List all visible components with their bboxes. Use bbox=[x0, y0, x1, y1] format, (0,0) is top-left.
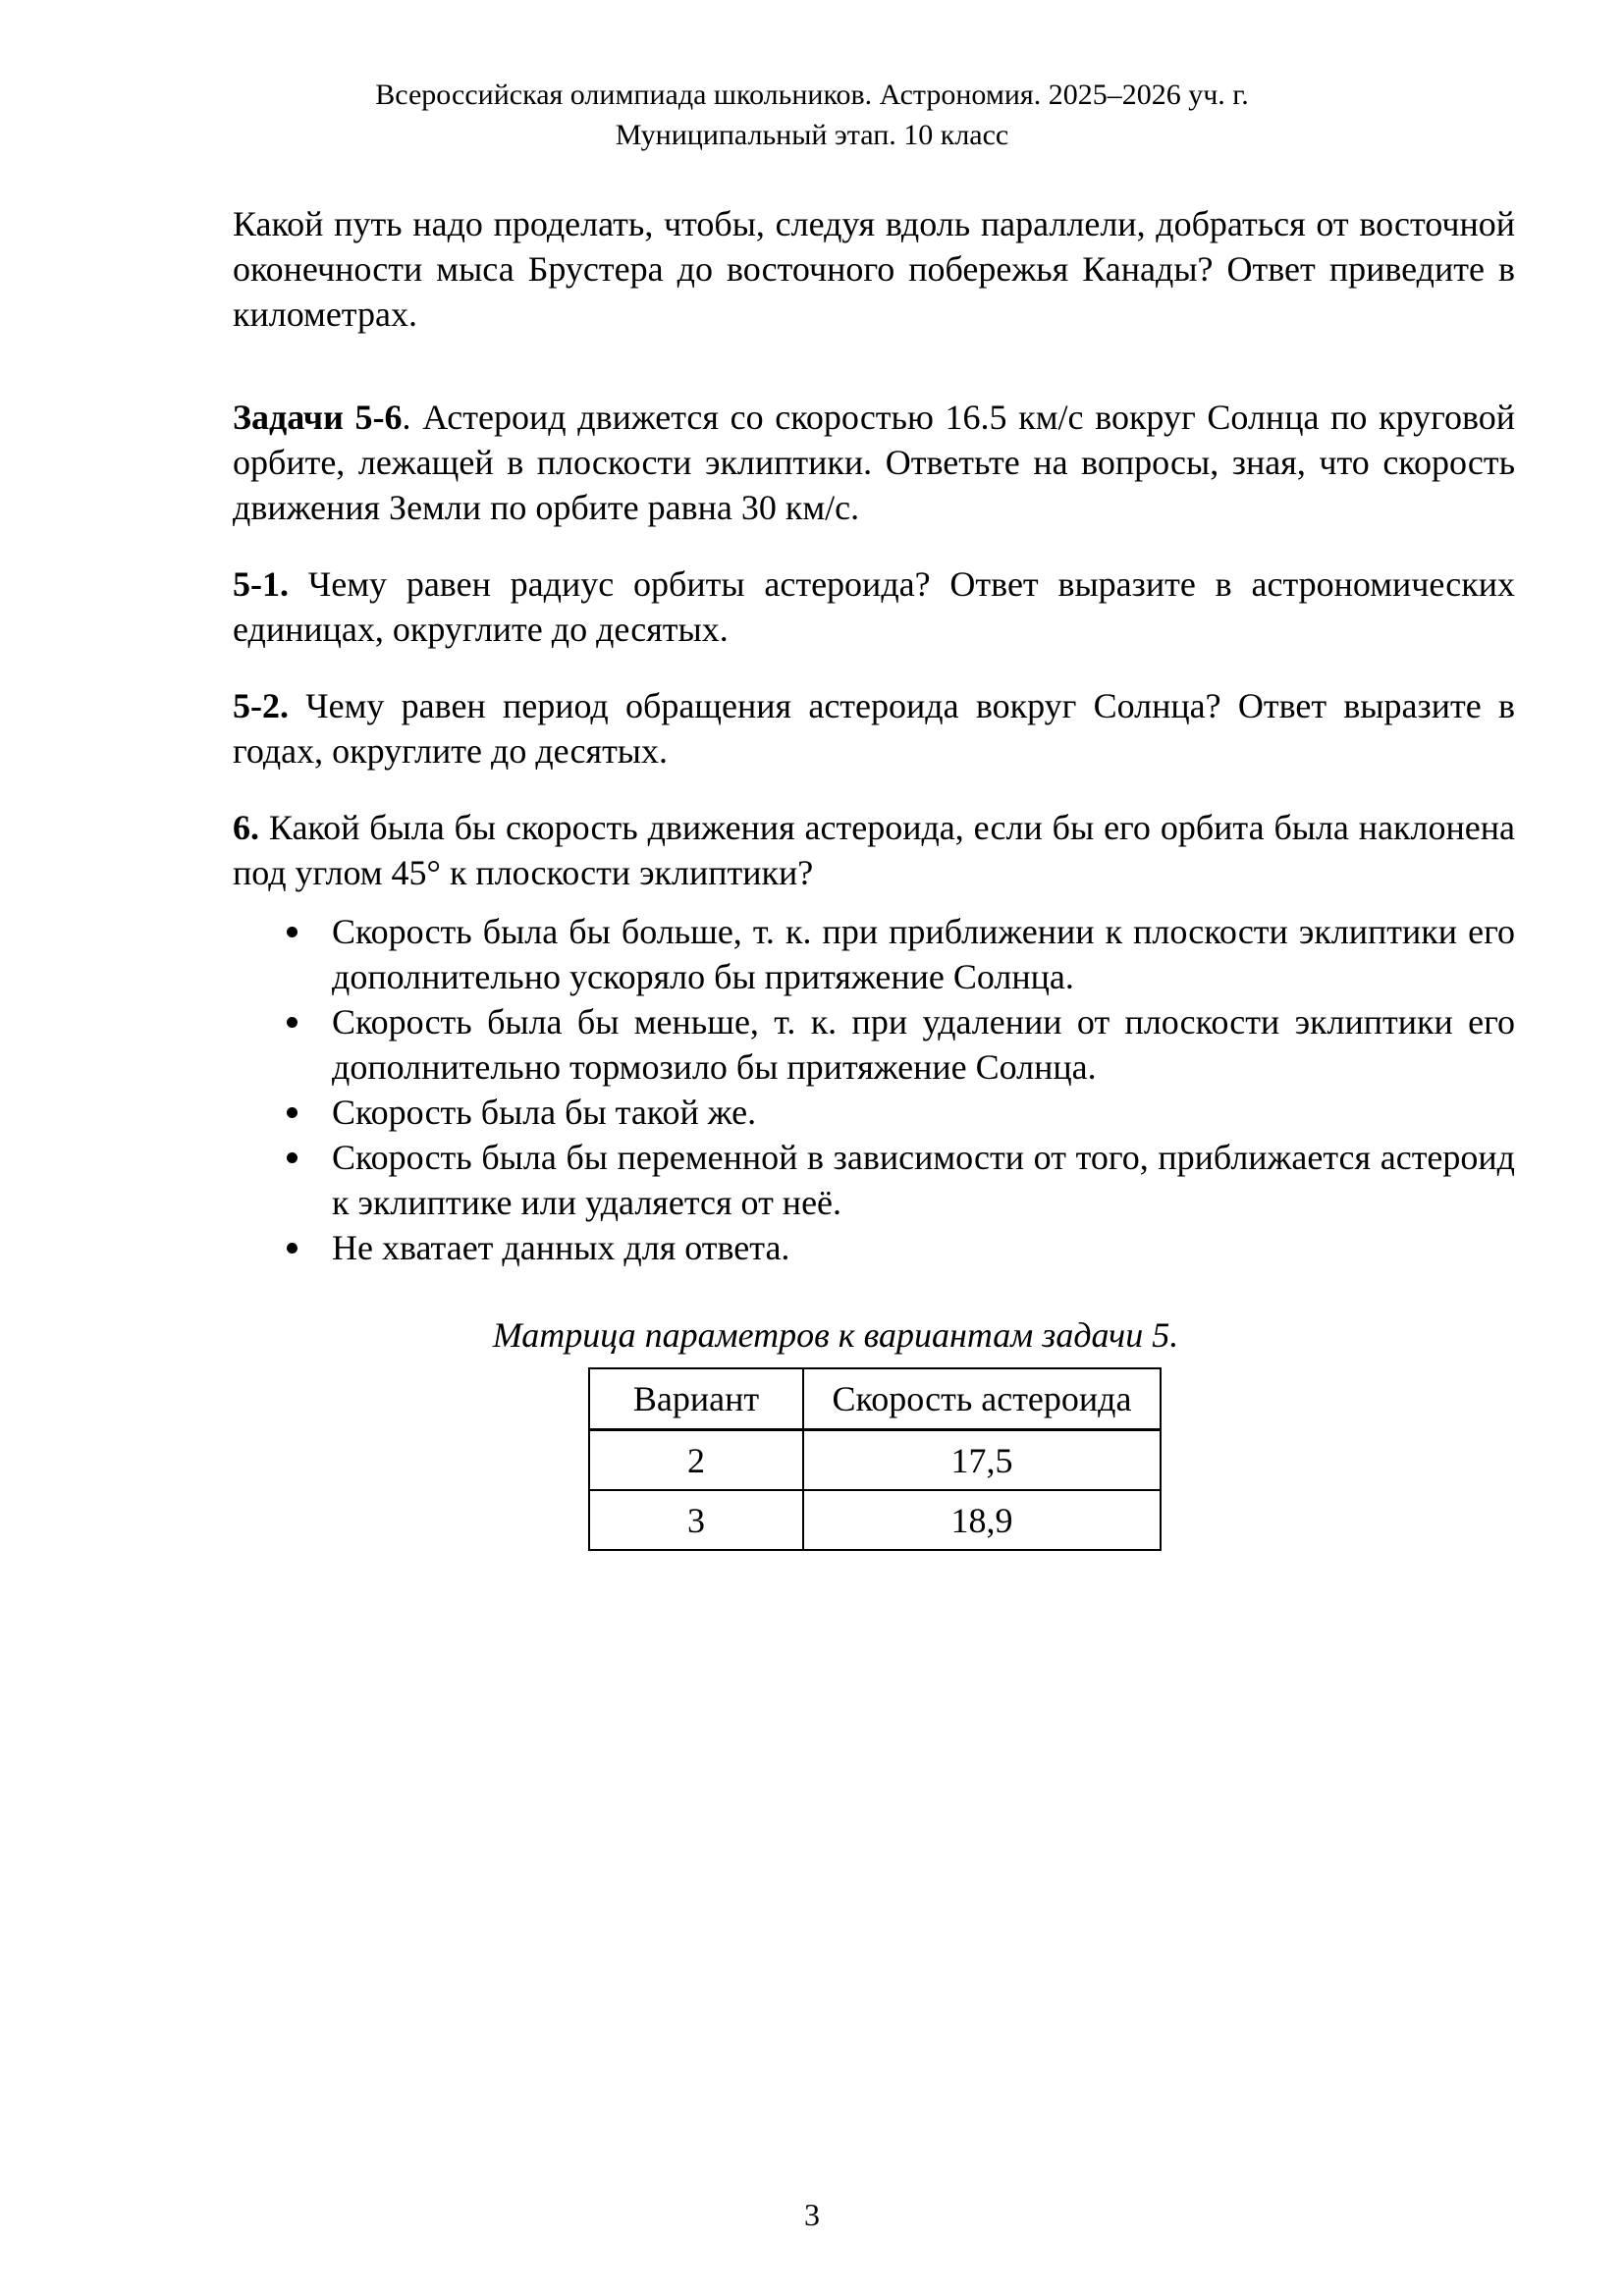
table-row: 3 18,9 bbox=[589, 1490, 1161, 1550]
question-6: 6. Какой была бы скорость движения астер… bbox=[233, 805, 1515, 895]
option-text: Не хватает данных для ответа. bbox=[332, 1228, 789, 1267]
question-5-2: 5-2. Чему равен период обращения астерои… bbox=[233, 683, 1515, 774]
bullet-icon bbox=[287, 1152, 298, 1163]
task-5-6-text: . Астероид движется со скоростью 16.5 км… bbox=[233, 398, 1515, 527]
question-5-1: 5-1. Чему равен радиус орбиты астероида?… bbox=[233, 561, 1515, 652]
bullet-icon bbox=[287, 1243, 298, 1254]
table-header-row: Вариант Скорость астероида bbox=[589, 1368, 1161, 1430]
task-5-6-statement: Задачи 5-6. Астероид движется со скорост… bbox=[233, 395, 1515, 530]
bullet-icon bbox=[287, 1017, 298, 1028]
page-content: Какой путь надо проделать, чтобы, следуя… bbox=[233, 201, 1515, 1270]
option-text: Скорость была бы переменной в зависимост… bbox=[332, 1138, 1515, 1222]
page-header: Всероссийская олимпиада школьников. Астр… bbox=[0, 75, 1624, 155]
option-text: Скорость была бы меньше, т. к. при удале… bbox=[332, 1002, 1515, 1087]
parameters-table: Вариант Скорость астероида 2 17,5 3 18,9 bbox=[588, 1367, 1162, 1551]
intro-question: Какой путь надо проделать, чтобы, следуя… bbox=[233, 201, 1515, 337]
option-item: Скорость была бы меньше, т. к. при удале… bbox=[233, 999, 1515, 1090]
column-header-speed: Скорость астероида bbox=[803, 1368, 1161, 1430]
column-header-variant: Вариант bbox=[589, 1368, 803, 1430]
question-6-text: Какой была бы скорость движения астероид… bbox=[233, 808, 1515, 892]
option-item: Скорость была бы больше, т. к. при прибл… bbox=[233, 909, 1515, 999]
cell-speed: 18,9 bbox=[803, 1490, 1161, 1550]
option-item: Не хватает данных для ответа. bbox=[233, 1225, 1515, 1270]
table-row: 2 17,5 bbox=[589, 1430, 1161, 1491]
option-item: Скорость была бы такой же. bbox=[233, 1090, 1515, 1135]
header-stage-grade: Муниципальный этап. 10 класс bbox=[0, 115, 1624, 155]
question-6-options: Скорость была бы больше, т. к. при прибл… bbox=[233, 909, 1515, 1270]
question-5-1-text: Чему равен радиус орбиты астероида? Отве… bbox=[233, 564, 1515, 649]
task-5-6-label: Задачи 5-6 bbox=[233, 398, 403, 437]
question-6-label: 6. bbox=[233, 808, 259, 847]
option-text: Скорость была бы такой же. bbox=[332, 1093, 756, 1132]
cell-variant: 2 bbox=[589, 1430, 803, 1491]
question-5-1-label: 5-1. bbox=[233, 564, 289, 604]
page-number: 3 bbox=[0, 2197, 1624, 2233]
question-5-2-text: Чему равен период обращения астероида во… bbox=[233, 686, 1515, 771]
header-olympiad-title: Всероссийская олимпиада школьников. Астр… bbox=[0, 75, 1624, 115]
question-5-2-label: 5-2. bbox=[233, 686, 289, 725]
cell-speed: 17,5 bbox=[803, 1430, 1161, 1491]
bullet-icon bbox=[287, 1107, 298, 1118]
option-item: Скорость была бы переменной в зависимост… bbox=[233, 1135, 1515, 1225]
bullet-icon bbox=[287, 927, 298, 937]
option-text: Скорость была бы больше, т. к. при прибл… bbox=[332, 912, 1515, 996]
table-caption: Матрица параметров к вариантам задачи 5. bbox=[0, 1312, 1624, 1358]
cell-variant: 3 bbox=[589, 1490, 803, 1550]
